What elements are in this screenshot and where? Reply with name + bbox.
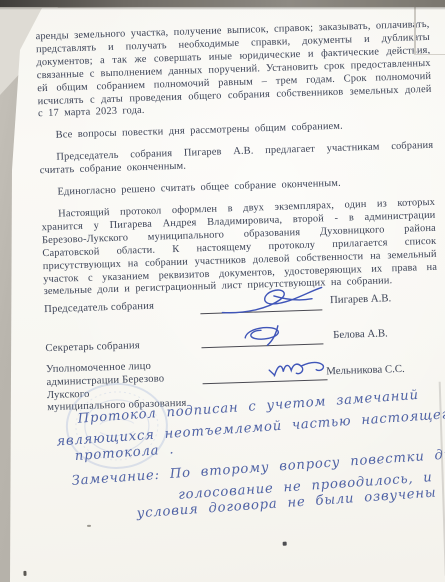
chairman-name: Пигарев А.В.: [330, 292, 392, 306]
secretary-role-label: Секретарь собрания: [45, 340, 140, 354]
body-text: аренды земельного участка, получение вып…: [35, 19, 438, 309]
chairman-signature: [216, 283, 329, 317]
paragraph-powers-continued: аренды земельного участка, получение вып…: [35, 19, 432, 122]
paragraph-chairman-proposal: Председатель собрания Пигарев А.В. предл…: [39, 140, 434, 178]
scan-speck: [23, 571, 26, 576]
secretary-name: Белова А.В.: [333, 327, 388, 341]
scanned-document: аренды земельного участка, получение вып…: [0, 0, 445, 582]
paragraph-copies-and-annexes: Настоящий протокол оформлен в двух экзем…: [41, 197, 438, 300]
page-edge-line: [414, 7, 416, 55]
authorized-name: Мельникова С.С.: [326, 363, 405, 377]
page-content: аренды земельного участка, получение вып…: [0, 0, 445, 582]
paragraph-unanimous-decision: Единогласно решено считать общее собрани…: [40, 175, 434, 200]
secretary-signature: [235, 319, 308, 349]
scanner-lid-band: [0, 0, 445, 7]
chairman-role-label: Председатель собрания: [44, 301, 154, 315]
scanner-lid-shadow: [0, 7, 445, 10]
page-edge-line: [414, 54, 445, 55]
paragraph-agenda-reviewed: Все вопросы повестки дня рассмотрены общ…: [39, 118, 433, 143]
scan-speck: [87, 525, 91, 527]
document-page: аренды земельного участка, получение вып…: [0, 0, 445, 582]
scan-speck: [283, 542, 287, 546]
